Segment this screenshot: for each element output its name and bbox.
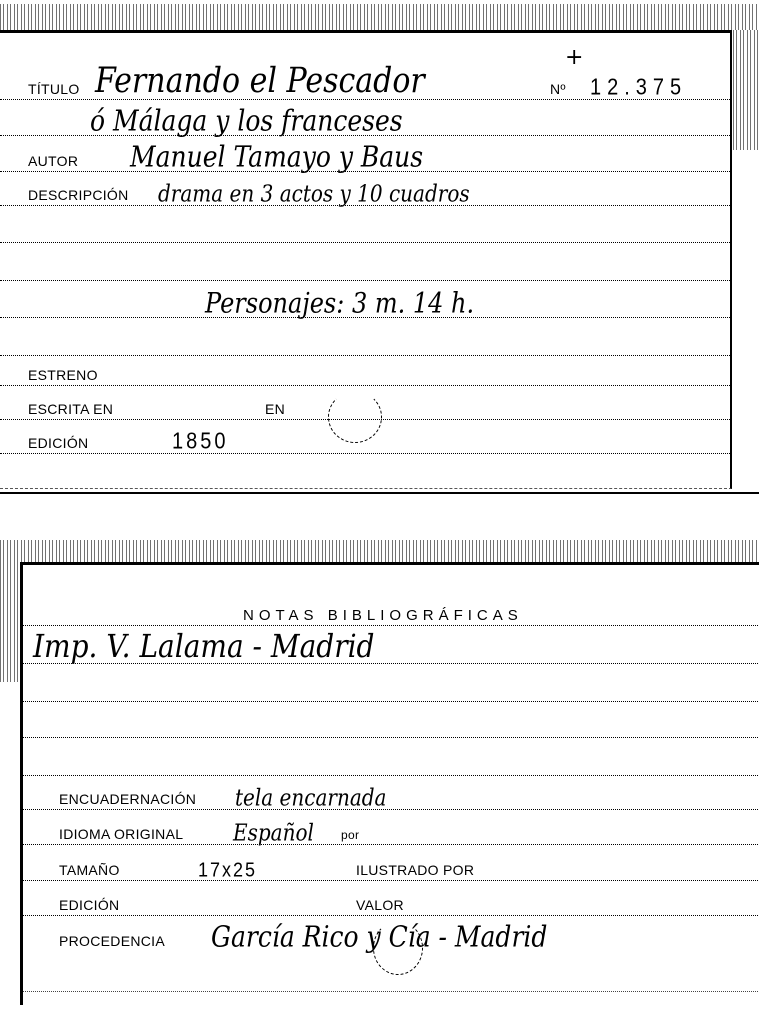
titulo-value: Fernando el Pescador [95,65,425,100]
por-label: por [341,828,359,842]
autor-label: AUTOR [28,153,78,169]
notes-row-4 [23,749,759,776]
personajes-row: Personajes: 3 m. 14 h. [0,291,730,318]
notes-value: Imp. V. Lalama - Madrid [33,631,374,663]
descripcion-label: DESCRIPCIÓN [28,187,129,203]
tamano-row: TAMAÑO 17x25 ILUSTRADO POR [23,854,759,881]
scan-noise-right [733,30,759,150]
titulo-value-line2: ó Málaga y los franceses [90,106,403,135]
edicion-back-label: EDICIÓN [59,897,119,913]
edicion-label: EDICIÓN [28,435,88,451]
personajes-value: Personajes: 3 m. 14 h. [205,289,474,317]
estreno-label: ESTRENO [28,367,98,383]
notes-row-1: Imp. V. Lalama - Madrid [23,637,759,664]
scan-noise-left [0,562,18,682]
cross-mark: + [565,45,583,70]
catalog-card-back: NOTAS BIBLIOGRÁFICAS Imp. V. Lalama - Ma… [20,562,759,1005]
numero-value: 12.375 [590,76,687,99]
blank-row-1 [0,216,730,243]
autor-value: Manuel Tamayo y Baus [130,142,423,171]
notes-row-0 [23,599,759,626]
escrita-en-label: ESCRITA EN [28,401,113,417]
titulo-label: TÍTULO [28,81,80,97]
punched-hole-mark-back [373,921,423,975]
blank-row-3 [0,329,730,356]
idioma-value: Español [233,821,314,844]
numero-label: Nº [550,81,566,97]
tamano-value: 17x25 [198,859,257,880]
encuadernacion-value: tela encarnada [235,786,386,809]
idioma-row: IDIOMA ORIGINAL Español por [23,818,759,845]
autor-row: AUTOR Manuel Tamayo y Baus [0,145,730,172]
descripcion-value: drama en 3 actos y 10 cuadros [158,182,470,205]
tamano-label: TAMAÑO [59,862,120,878]
valor-label: VALOR [356,897,404,913]
procedencia-label: PROCEDENCIA [59,933,165,949]
titulo-row: TÍTULO Fernando el Pescador Nº 12.375 + [0,73,730,100]
card-separator [0,492,759,494]
en-label: EN [265,401,285,417]
descripcion-row: DESCRIPCIÓN drama en 3 actos y 10 cuadro… [0,179,730,206]
edicion-value: 1850 [172,430,229,453]
notes-row-3 [23,711,759,738]
encuadernacion-label: ENCUADERNACIÓN [59,791,196,807]
estreno-row: ESTRENO [0,359,730,386]
encuadernacion-row: ENCUADERNACIÓN tela encarnada [23,783,759,810]
blank-row-2 [0,254,730,281]
edicion-back-row: EDICIÓN VALOR [23,889,759,916]
notes-row-2 [23,675,759,702]
scan-noise-middle [0,540,759,562]
idioma-label: IDIOMA ORIGINAL [59,826,183,842]
ilustrado-label: ILUSTRADO POR [356,862,474,878]
catalog-card-front: TÍTULO Fernando el Pescador Nº 12.375 + … [0,30,732,489]
titulo-row-2: ó Málaga y los franceses [0,109,730,136]
scan-noise-top [0,4,759,30]
punched-hole-mark [328,391,382,443]
